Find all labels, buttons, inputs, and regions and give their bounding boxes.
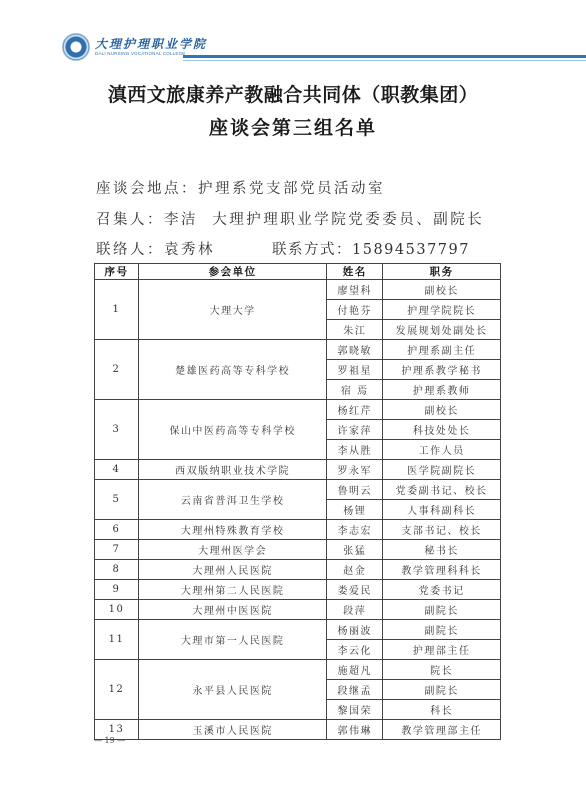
college-logo-icon — [62, 33, 90, 61]
member-title: 副院长 — [383, 620, 501, 640]
unit-name: 大理市第一人民医院 — [138, 620, 326, 660]
member-name: 郭晓敏 — [327, 340, 383, 360]
unit-name: 大理州特殊教育学校 — [138, 520, 326, 540]
member-title: 副院长 — [383, 600, 501, 620]
member-name: 付艳芬 — [327, 300, 383, 320]
member-title: 副院长 — [383, 680, 501, 700]
table-row: 10大理州中医医院段萍副院长 — [95, 600, 501, 620]
unit-name: 玉溪市人民医院 — [138, 720, 326, 740]
member-title: 护理系教学秘书 — [383, 360, 501, 380]
page-header: 大理护理职业学院 DALI NURSING VOCATIONAL COLLEGE — [62, 33, 586, 63]
member-title: 工作人员 — [383, 440, 501, 460]
member-name: 杨红芹 — [327, 400, 383, 420]
logo-chinese-name: 大理护理职业学院 — [95, 35, 207, 52]
row-number: 8 — [95, 560, 139, 580]
member-name: 段继孟 — [327, 680, 383, 700]
table-row: 8大理州人民医院赵金教学管理科科长 — [95, 560, 501, 580]
table-row: 2楚雄医药高等专科学校郭晓敏护理系副主任 — [95, 340, 501, 360]
document-subtitle: 座谈会第三组名单 — [0, 113, 586, 140]
table-row: 6大理州特殊教育学校李志宏支部书记、校长 — [95, 520, 501, 540]
table-row: 4西双版纳职业技术学院罗永军医学院副院长 — [95, 460, 501, 480]
member-title: 支部书记、校长 — [383, 520, 501, 540]
member-name: 宿 焉 — [327, 380, 383, 400]
member-name: 杨锂 — [327, 500, 383, 520]
table-row: 1大理大学廖望科副校长 — [95, 280, 501, 300]
member-name: 朱江 — [327, 320, 383, 340]
member-title: 党委副书记、校长 — [383, 480, 501, 500]
member-name: 鲁明云 — [327, 480, 383, 500]
logo-english-name: DALI NURSING VOCATIONAL COLLEGE — [95, 51, 185, 56]
member-name: 段萍 — [327, 600, 383, 620]
row-number: 3 — [95, 400, 139, 460]
member-title: 党委书记 — [383, 580, 501, 600]
unit-name: 大理州中医医院 — [138, 600, 326, 620]
member-name: 施超凡 — [327, 660, 383, 680]
member-name: 张猛 — [327, 540, 383, 560]
member-name: 李从胜 — [327, 440, 383, 460]
member-title: 护理学院院长 — [383, 300, 501, 320]
row-number: 7 — [95, 540, 139, 560]
member-title: 护理系副主任 — [383, 340, 501, 360]
header-unit: 参会单位 — [138, 264, 326, 280]
header-title: 职务 — [383, 264, 501, 280]
unit-name: 永平县人民医院 — [138, 660, 326, 720]
row-number: 11 — [95, 620, 139, 660]
row-number: 10 — [95, 600, 139, 620]
table-row: 9大理州第二人民医院娄爱民党委书记 — [95, 580, 501, 600]
member-title: 护理部主任 — [383, 640, 501, 660]
member-title: 院长 — [383, 660, 501, 680]
table-row: 12永平县人民医院施超凡院长 — [95, 660, 501, 680]
unit-name: 大理州人民医院 — [138, 560, 326, 580]
row-number: 5 — [95, 480, 139, 520]
member-title: 发展规划处副处长 — [383, 320, 501, 340]
member-title: 秘书长 — [383, 540, 501, 560]
member-name: 廖望科 — [327, 280, 383, 300]
table-row: 11大理市第一人民医院杨丽波副院长 — [95, 620, 501, 640]
member-title: 人事科副科长 — [383, 500, 501, 520]
member-title: 教学管理部主任 — [383, 720, 501, 740]
row-number: 4 — [95, 460, 139, 480]
page-number: — 19 — — [94, 736, 125, 745]
row-number: 12 — [95, 660, 139, 720]
unit-name: 大理州医学会 — [138, 540, 326, 560]
table-row: 3保山中医药高等专科学校杨红芹副校长 — [95, 400, 501, 420]
meeting-location: 座谈会地点：护理系党支部党员活动室 — [96, 177, 385, 198]
table-row: 13玉溪市人民医院郭伟琳教学管理部主任 — [95, 720, 501, 740]
row-number: 1 — [95, 280, 139, 340]
table-row: 7大理州医学会张猛秘书长 — [95, 540, 501, 560]
member-name: 许家萍 — [327, 420, 383, 440]
header-no: 序号 — [95, 264, 139, 280]
member-name: 罗永军 — [327, 460, 383, 480]
member-name: 罗祖星 — [327, 360, 383, 380]
unit-name: 楚雄医药高等专科学校 — [138, 340, 326, 400]
header-name: 姓名 — [327, 264, 383, 280]
contact-person: 联络人：袁秀林 — [96, 238, 215, 259]
unit-name: 西双版纳职业技术学院 — [138, 460, 326, 480]
member-name: 郭伟琳 — [327, 720, 383, 740]
row-number: 9 — [95, 580, 139, 600]
member-title: 副校长 — [383, 400, 501, 420]
member-name: 娄爱民 — [327, 580, 383, 600]
member-title: 教学管理科科长 — [383, 560, 501, 580]
row-number: 2 — [95, 340, 139, 400]
member-title: 科技处处长 — [383, 420, 501, 440]
header-divider — [183, 55, 586, 58]
table-body: 1大理大学廖望科副校长付艳芬护理学院院长朱江发展规划处副处长2楚雄医药高等专科学… — [95, 280, 501, 740]
member-name: 赵金 — [327, 560, 383, 580]
unit-name: 大理州第二人民医院 — [138, 580, 326, 600]
unit-name: 大理大学 — [138, 280, 326, 340]
member-name: 杨丽波 — [327, 620, 383, 640]
meeting-convener: 召集人：李洁 大理护理职业学院党委委员、副院长 — [96, 208, 484, 229]
document-title: 滇西文旅康养产教融合共同体（职教集团） — [0, 80, 586, 107]
attendee-table: 序号 参会单位 姓名 职务 1大理大学廖望科副校长付艳芬护理学院院长朱江发展规划… — [94, 263, 501, 740]
member-name: 黎国荣 — [327, 700, 383, 720]
unit-name: 保山中医药高等专科学校 — [138, 400, 326, 460]
row-number: 6 — [95, 520, 139, 540]
table-header-row: 序号 参会单位 姓名 职务 — [95, 264, 501, 280]
member-title: 护理系教师 — [383, 380, 501, 400]
contact-method: 联系方式：15894537797 — [272, 238, 470, 259]
member-title: 科长 — [383, 700, 501, 720]
table-row: 5云南省普洱卫生学校鲁明云党委副书记、校长 — [95, 480, 501, 500]
member-name: 李云化 — [327, 640, 383, 660]
member-title: 医学院副院长 — [383, 460, 501, 480]
header-divider-thin — [183, 60, 586, 61]
member-title: 副校长 — [383, 280, 501, 300]
unit-name: 云南省普洱卫生学校 — [138, 480, 326, 520]
member-name: 李志宏 — [327, 520, 383, 540]
